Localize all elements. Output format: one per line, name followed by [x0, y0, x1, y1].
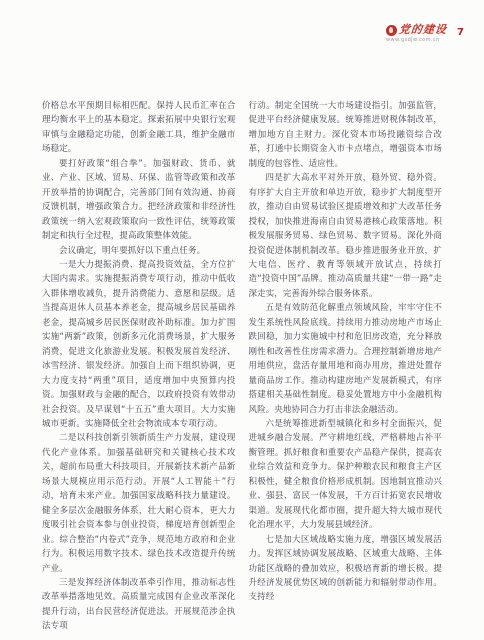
page-header: 党的建设 www.gsdjw.com.cn 7: [386, 24, 464, 43]
paragraph: 三是发挥经济体制改革牵引作用，推动标志性改革举措落地见效。高质量完成国有企业改革…: [42, 576, 236, 634]
paragraph: 七是加大区域战略实施力度，增强区域发展活力。发挥区域协调发展战略、区域重大战略、…: [249, 533, 443, 605]
paragraph: 五是有效防范化解重点领域风险，牢牢守住不发生系统性风险底线。持续用力推动房地产市…: [249, 301, 443, 417]
right-column: 行动。制定全国统一大市场建设指引。加强监管，促进平台经济健康发展。统筹推进财税体…: [249, 99, 443, 634]
page-number: 7: [457, 27, 464, 39]
magazine-page: 党的建设 www.gsdjw.com.cn 7 价格总水平预期目标相匹配。保持人…: [0, 0, 484, 640]
paragraph: 会议确定，明年要抓好以下重点任务。: [42, 244, 236, 258]
paragraph: 六是统筹推进新型城镇化和乡村全面振兴，促进城乡融合发展。严守耕地红线，严格耕地占…: [249, 417, 443, 533]
left-column: 价格总水平预期目标相匹配。保持人民币汇率在合理均衡水平上的基本稳定。探索拓展中央…: [42, 99, 236, 634]
paragraph: 二是以科技创新引领新质生产力发展，建设现代化产业体系。加强基础研究和关键核心技术…: [42, 431, 236, 576]
article-body: 价格总水平预期目标相匹配。保持人民币汇率在合理均衡水平上的基本稳定。探索拓展中央…: [42, 99, 442, 634]
paragraph: 一是大力提振消费、提高投资效益，全方位扩大国内需求。实施提振消费专项行动，推动中…: [42, 258, 236, 431]
magazine-url: www.gsdjw.com.cn: [386, 37, 440, 43]
party-seal-icon: [386, 25, 397, 36]
paragraph: 行动。制定全国统一大市场建设指引。加强监管，促进平台经济健康发展。统筹推进财税体…: [249, 99, 443, 171]
magazine-title: 党的建设: [398, 24, 447, 36]
paragraph: 要打好政策“组合拳”。加强财政、货币、就业、产业、区域、贸易、环保、监管等政策和…: [42, 157, 236, 244]
magazine-brand: 党的建设 www.gsdjw.com.cn: [386, 24, 447, 43]
paragraph: 四是扩大高水平对外开放，稳外贸、稳外资。有序扩大自主开放和单边开放，稳步扩大制度…: [249, 171, 443, 301]
paragraph: 价格总水平预期目标相匹配。保持人民币汇率在合理均衡水平上的基本稳定。探索拓展中央…: [42, 99, 236, 157]
